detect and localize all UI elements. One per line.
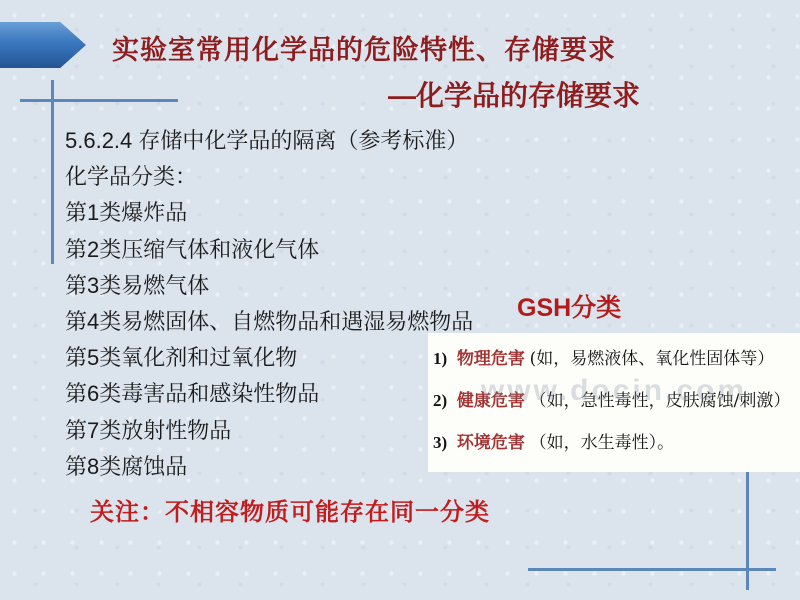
page-title: 实验室常用化学品的危险特性、存储要求 (112, 28, 616, 67)
gsh-item: 2) 健康危害 （如，急性毒性，皮肤腐蚀/刺激） (433, 380, 800, 422)
gsh-item: 1) 物理危害 (如，易燃液体、氧化性固体等） (433, 338, 800, 380)
gsh-item-label: 健康危害 (457, 391, 525, 411)
decor-line-bottomright-horizontal (528, 568, 776, 571)
gsh-item-detail: (如，易燃液体、氧化性固体等） (530, 349, 775, 369)
chemical-class-item: 第1类爆炸品 (65, 195, 473, 231)
arrow-banner-icon (0, 22, 86, 68)
gsh-item-label: 物理危害 (457, 349, 525, 369)
gsh-item-detail: （如，急性毒性，皮肤腐蚀/刺激） (530, 391, 791, 411)
gsh-item-number: 3) (433, 433, 447, 452)
chemical-class-item: 第3类易燃气体 (65, 268, 473, 304)
gsh-box: 1) 物理危害 (如，易燃液体、氧化性固体等） 2) 健康危害 （如，急性毒性，… (428, 333, 800, 472)
slide: 实验室常用化学品的危险特性、存储要求 —化学品的存储要求 5.6.2.4 存储中… (0, 0, 800, 600)
gsh-item-number: 1) (433, 349, 447, 368)
chemical-class-item: 第8类腐蚀品 (65, 449, 473, 485)
gsh-item-detail: （如，水生毒性）。 (530, 433, 675, 453)
section-heading: 5.6.2.4 存储中化学品的隔离（参考标准） (65, 123, 473, 159)
gsh-item-label: 环境危害 (457, 433, 525, 453)
gsh-item-number: 2) (433, 391, 447, 410)
list-intro: 化学品分类： (65, 159, 473, 195)
chemical-class-item: 第6类毒害品和感染性物品 (65, 376, 473, 412)
page-subtitle: —化学品的存储要求 (388, 74, 640, 114)
decor-line-topleft-horizontal (20, 99, 178, 102)
gsh-heading: GSH分类 (517, 288, 621, 324)
chemical-class-list: 5.6.2.4 存储中化学品的隔离（参考标准） 化学品分类： 第1类爆炸品 第2… (65, 123, 473, 485)
decor-line-topleft-vertical (51, 80, 54, 264)
gsh-item: 3) 环境危害 （如，水生毒性）。 (433, 422, 800, 464)
note-text: 关注：不相容物质可能存在同一分类 (90, 492, 490, 527)
decor-line-bottomright-vertical (746, 472, 749, 590)
chemical-class-item: 第2类压缩气体和液化气体 (65, 232, 473, 268)
chemical-class-item: 第7类放射性物品 (65, 413, 473, 449)
chemical-class-item: 第4类易燃固体、自燃物品和遇湿易燃物品 (65, 304, 473, 340)
chemical-class-item: 第5类氧化剂和过氧化物 (65, 340, 473, 376)
